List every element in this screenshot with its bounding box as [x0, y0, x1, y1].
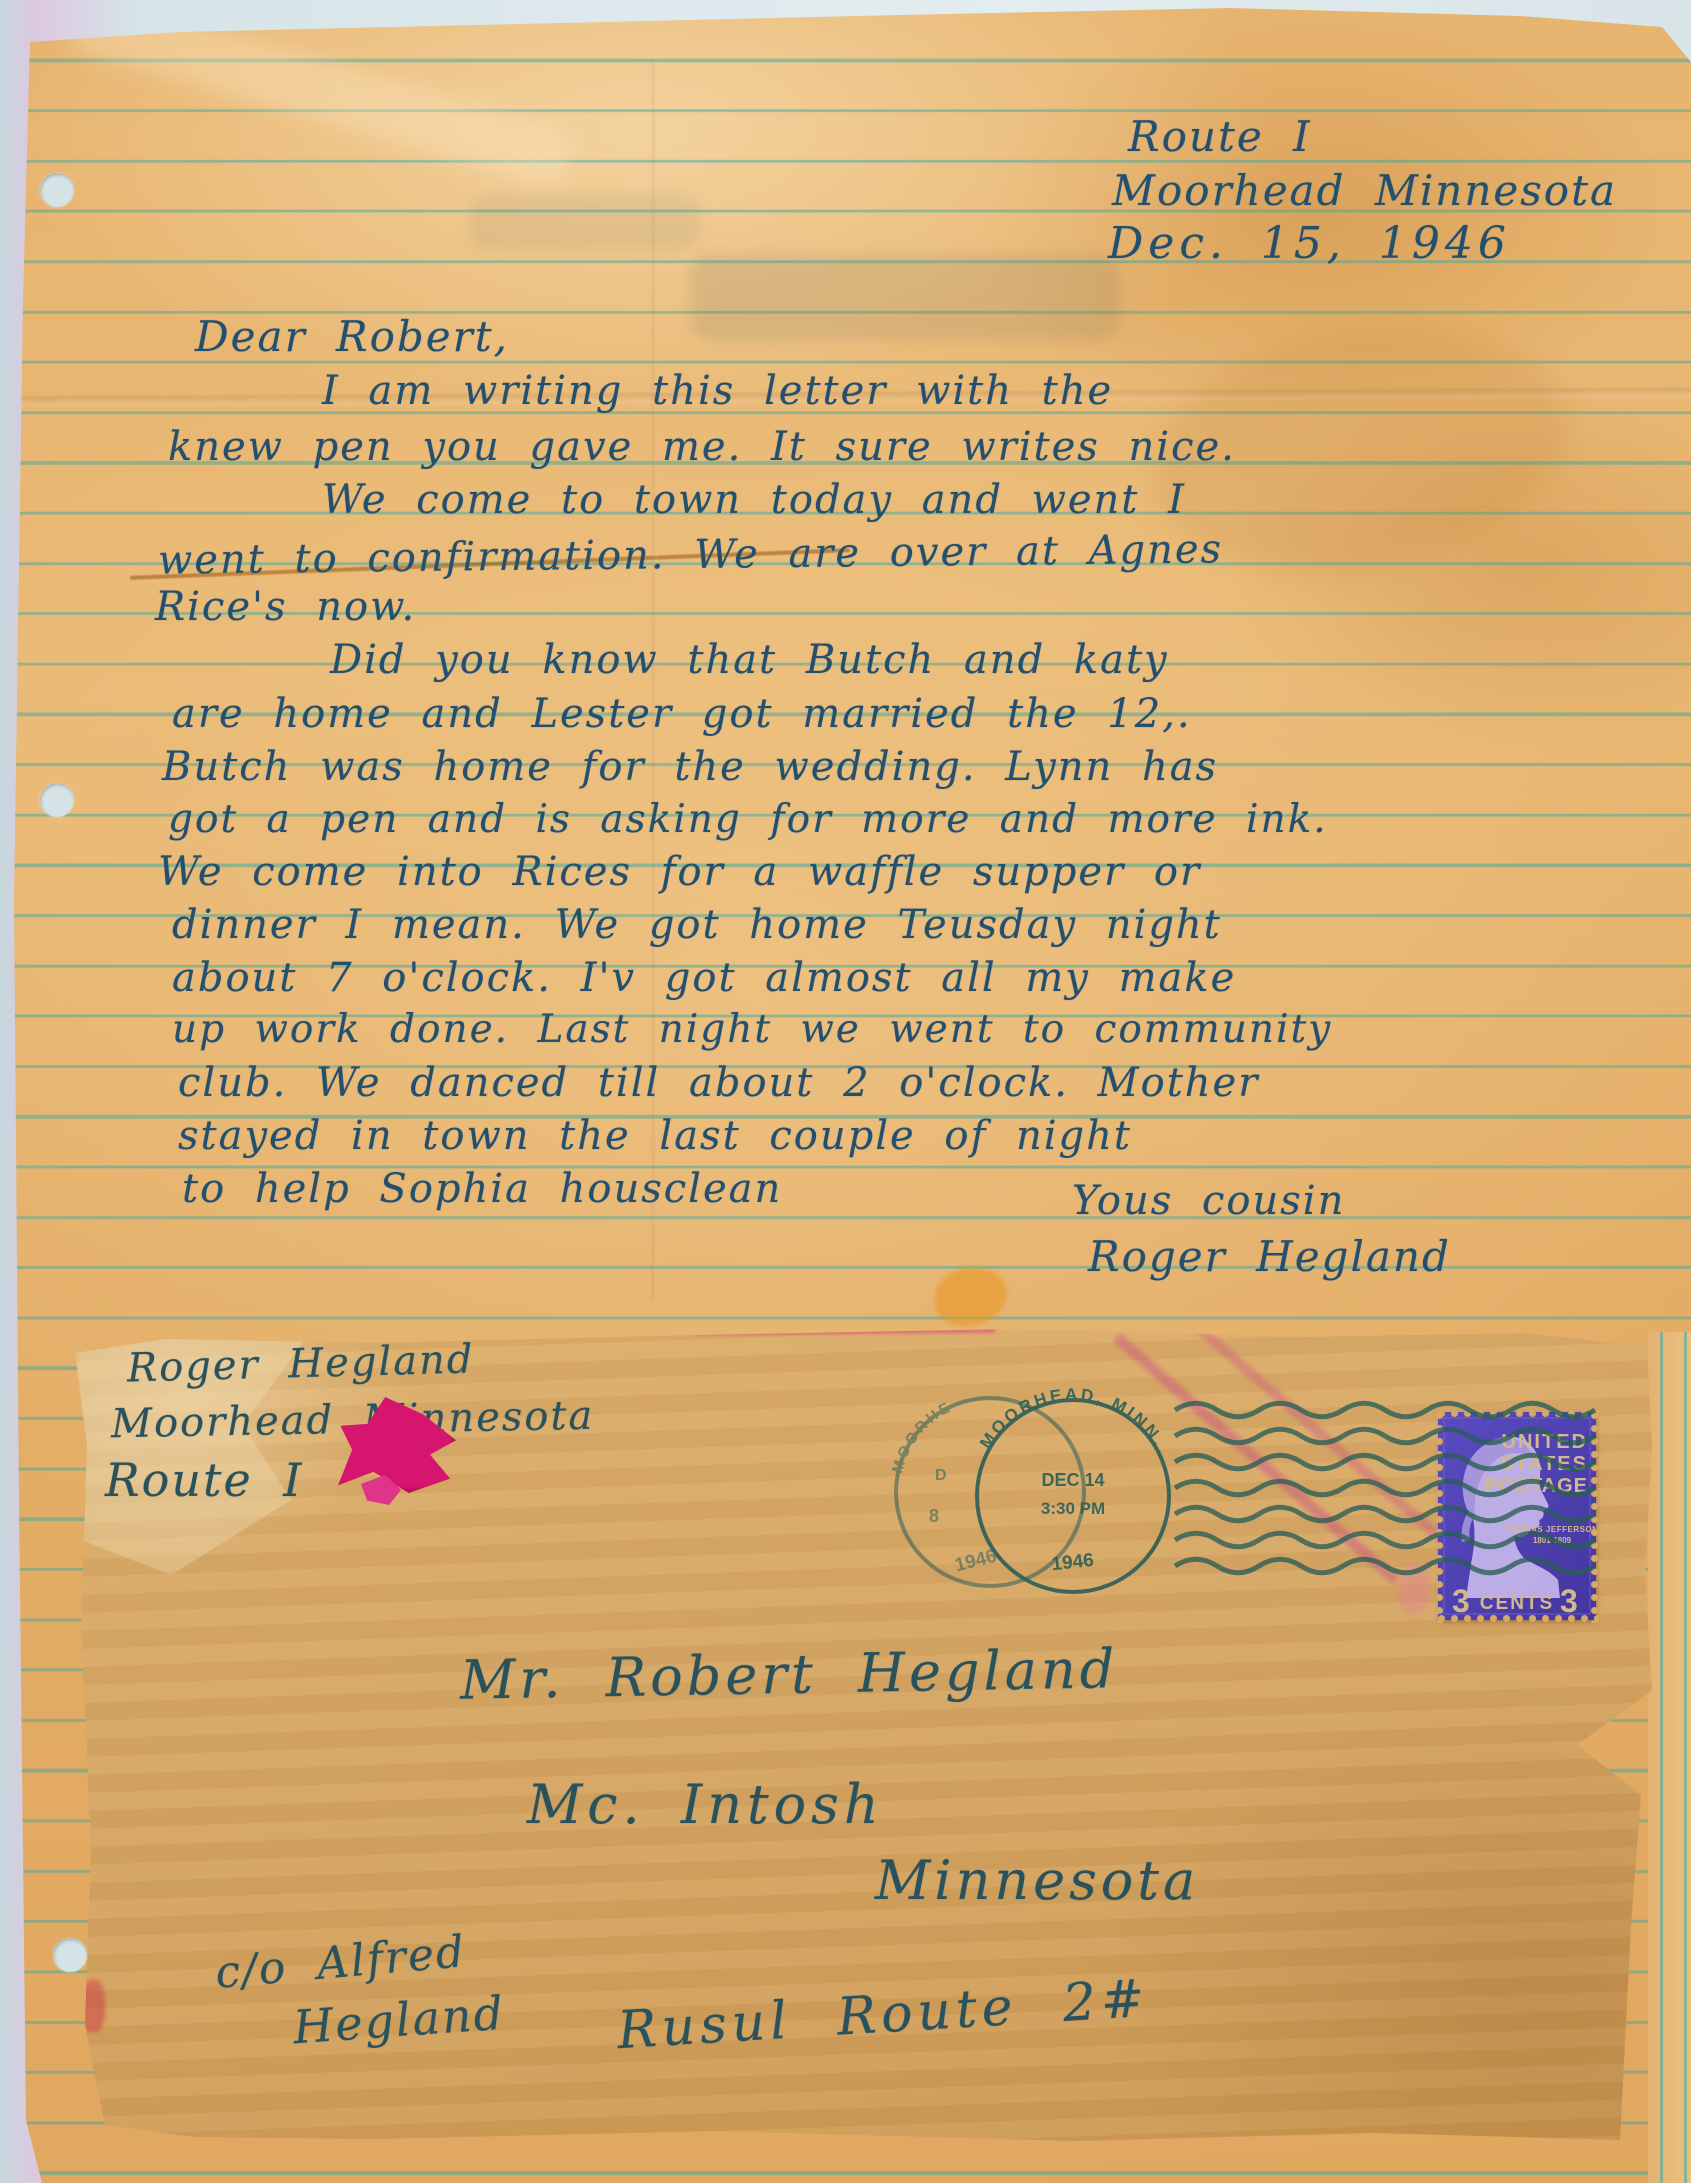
postmark2-city-fragment: MOORHE [889, 1398, 955, 1475]
hole-punch [40, 173, 74, 207]
letter-body-line: are home and Lester got married the 12,. [172, 691, 1192, 737]
letter-closing: Yous cousin [1072, 1178, 1345, 1224]
letter-body-line: We come into Rices for a waffle supper o… [158, 849, 1201, 895]
letter-body-line: I am writing this letter with the [322, 368, 1113, 414]
scanned-letter-page: Route I Moorhead Minnesota Dec. 15, 1946… [0, 0, 1691, 2183]
envelope-return-address-line: Route I [105, 1453, 303, 1507]
letter-body-line: Rice's now. [155, 584, 416, 630]
hole-punch [53, 1938, 87, 1972]
postmark2-numeral: 8 [929, 1506, 939, 1526]
letter-body-line: dinner I mean. We got home Teusday night [172, 902, 1222, 948]
smudge [690, 255, 1120, 340]
envelope-care-of-line: c/o Alfred [213, 1926, 468, 1999]
letter-heading-line: Moorhead Minnesota [1112, 166, 1617, 215]
smudge [470, 195, 700, 250]
letter-body-line: got a pen and is asking for more and mor… [168, 797, 1328, 842]
envelope-route-line: Rusul Route 2# [616, 1969, 1151, 2061]
envelope-return-address-line: Roger Hegland [126, 1336, 475, 1391]
postmark-time: 3:30 PM [1041, 1499, 1105, 1518]
letter-heading-line: Route I [1128, 112, 1312, 161]
svg-text:MOORHE: MOORHE [889, 1398, 955, 1475]
postmark2-letter: D [935, 1467, 947, 1484]
letter-body-line: about 7 o'clock. I'v got almost all my m… [172, 955, 1236, 1001]
postmark-strike-main: MOORHEAD, MINN. DEC 14 3:30 PM 1946 [976, 1385, 1169, 1592]
letter-body-line: knew pen you gave me. It sure writes nic… [168, 424, 1236, 470]
svg-text:MOORHEAD, MINN.: MOORHEAD, MINN. [976, 1385, 1169, 1452]
letter-body-line: club. We danced till about 2 o'clock. Mo… [178, 1060, 1259, 1106]
letter-body-line: Butch was home for the wedding. Lynn has [162, 744, 1218, 790]
envelope-care-of-line: Hegland [291, 1986, 506, 2055]
orange-stain [935, 1268, 1007, 1326]
letter-body-line: stayed in town the last couple of night [178, 1113, 1132, 1159]
cancellation-waves [1175, 1403, 1595, 1573]
letter-body-line: to help Sophia housclean [182, 1166, 782, 1212]
ruled-sheet-edge [1648, 1332, 1691, 2183]
letter-heading-line: Dec. 15, 1946 [1108, 218, 1511, 269]
postmark-city: MOORHEAD, MINN. [976, 1385, 1169, 1452]
envelope-recipient-line: Minnesota [875, 1849, 1199, 1912]
letter-body-line: up work done. Last night we went to comm… [172, 1007, 1332, 1052]
postmark: MOORHE D 8 1946 MOORHEAD, MINN. DEC 14 3… [855, 1368, 1615, 1628]
letter-body-line: Did you know that Butch and katy [330, 637, 1169, 683]
postmark-year: 1946 [1051, 1550, 1095, 1575]
envelope-recipient-line: Mc. Intosh [527, 1773, 884, 1836]
letter-salutation: Dear Robert, [195, 312, 509, 361]
wrinkle-shade [62, 0, 578, 191]
postmark-date: DEC 14 [1041, 1470, 1104, 1490]
envelope: Roger Hegland Moorhead Minnesota Route I [75, 1325, 1655, 2145]
letter-body-line: We come to town today and went I [322, 477, 1186, 523]
hole-punch [40, 783, 74, 817]
envelope-recipient-line: Mr. Robert Hegland [460, 1637, 1119, 1711]
letter-body-line: went to confirmation. We are over at Agn… [158, 526, 1224, 583]
letter-signature: Roger Hegland [1088, 1232, 1451, 1281]
